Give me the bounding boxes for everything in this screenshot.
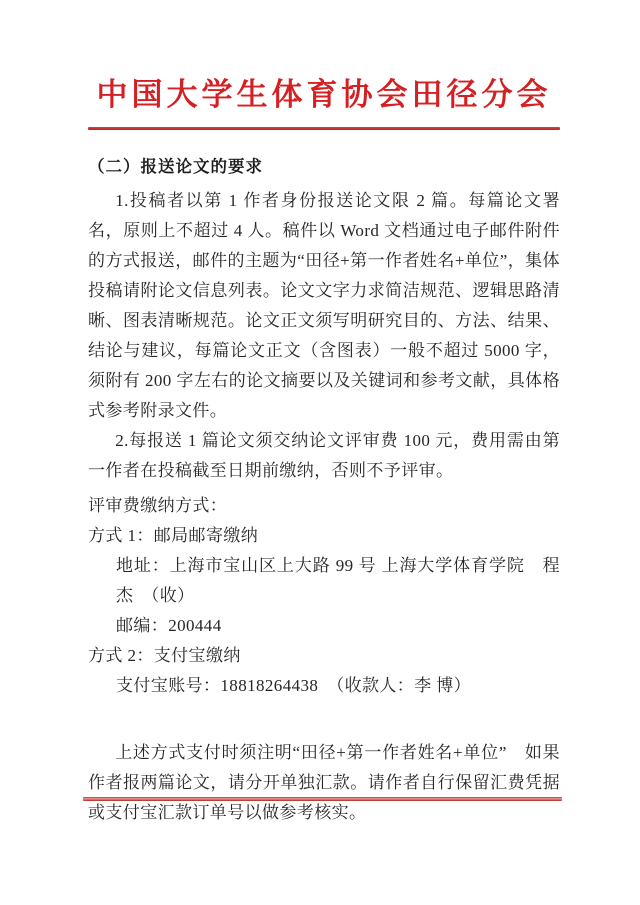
section-heading: （二）报送论文的要求 [88,154,560,180]
payment-method-2-label: 方式 2：支付宝缴纳 [88,641,560,671]
payment-method-1-label: 方式 1：邮局邮寄缴纳 [88,521,560,551]
payment-method-1-address: 地址：上海市宝山区上大路 99 号 上海大学体育学院 程杰 （收） [88,551,560,611]
page-title: 中国大学生体育协会田径分会 [88,76,560,114]
paragraph-review-fee: 2.每报送 1 篇论文须交纳论文评审费 100 元，费用需由第一作者在投稿截至日… [88,426,560,486]
paragraph-payment-note: 上述方式支付时须注明“田径+第一作者姓名+单位” 如果作者报两篇论文，请分开单独… [88,738,560,828]
payment-method-2-account: 支付宝账号：18818264438 （收款人：李 博） [88,671,560,701]
paragraph-submission-rules: 1.投稿者以第 1 作者身份报送论文限 2 篇。每篇论文署名，原则上不超过 4 … [88,186,560,426]
header-divider [88,127,560,130]
footer-divider [83,797,562,801]
document-content: 中国大学生体育协会田径分会 （二）报送论文的要求 1.投稿者以第 1 作者身份报… [0,76,640,828]
document-page: 中国大学生体育协会田径分会 （二）报送论文的要求 1.投稿者以第 1 作者身份报… [0,0,640,905]
payment-methods-title: 评审费缴纳方式： [88,491,560,521]
payment-method-1-postcode: 邮编：200444 [88,611,560,641]
